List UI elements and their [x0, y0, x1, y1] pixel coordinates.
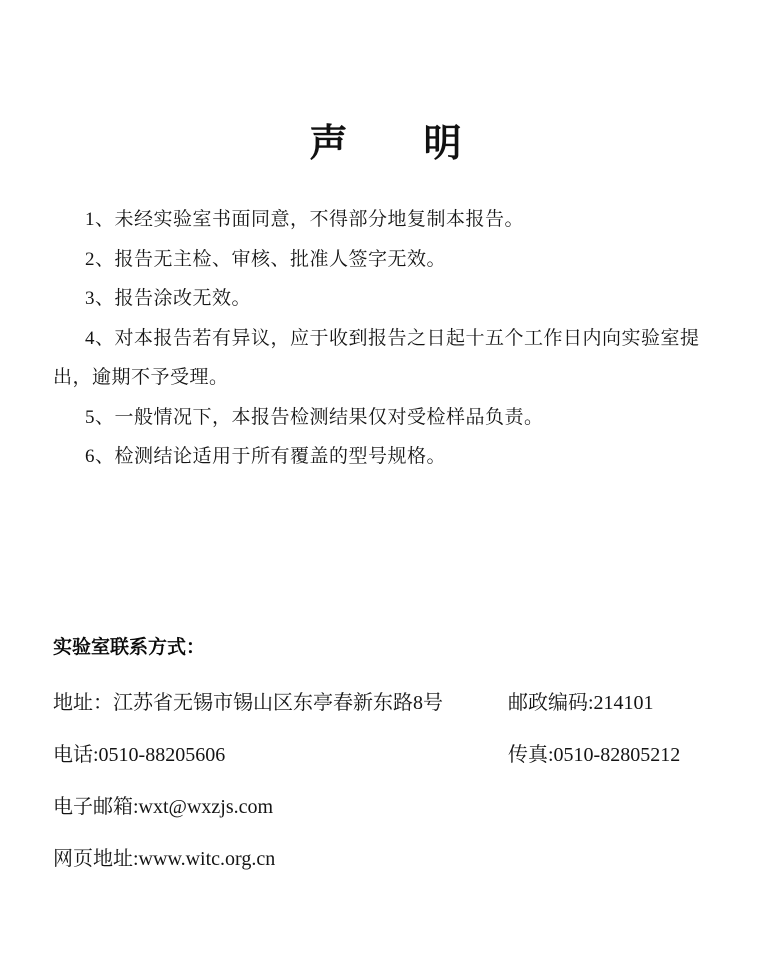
contact-fax: 传真:0510-82805212 — [508, 742, 734, 768]
statement-item-3: 3、报告涂改无效。 — [53, 279, 734, 319]
statement-item-5: 5、一般情况下，本报告检测结果仅对受检样品负责。 — [53, 398, 734, 438]
contact-row-email: 电子邮箱:wxt@wxzjs.com — [53, 794, 734, 820]
contact-heading: 实验室联系方式： — [53, 636, 734, 660]
document-page: 声 明 1、未经实验室书面同意，不得部分地复制本报告。 2、报告无主检、审核、批… — [0, 0, 771, 972]
contact-phone: 电话:0510-88205606 — [53, 742, 508, 768]
statements-section: 1、未经实验室书面同意，不得部分地复制本报告。 2、报告无主检、审核、批准人签字… — [53, 200, 734, 477]
statement-item-4: 4、对本报告若有异议，应于收到报告之日起十五个工作日内向实验室提出，逾期不予受理… — [53, 319, 734, 398]
contact-address: 地址：江苏省无锡市锡山区东亭春新东路8号 — [53, 690, 508, 716]
contact-row-phone: 电话:0510-88205606 传真:0510-82805212 — [53, 742, 734, 768]
statement-item-6: 6、检测结论适用于所有覆盖的型号规格。 — [53, 437, 734, 477]
contact-section: 实验室联系方式： 地址：江苏省无锡市锡山区东亭春新东路8号 邮政编码:21410… — [53, 636, 734, 898]
contact-row-address: 地址：江苏省无锡市锡山区东亭春新东路8号 邮政编码:214101 — [53, 690, 734, 716]
page-title: 声 明 — [0, 122, 771, 166]
contact-postal-code: 邮政编码:214101 — [508, 690, 734, 716]
contact-website: 网页地址:www.witc.org.cn — [53, 846, 508, 872]
contact-row-website: 网页地址:www.witc.org.cn — [53, 846, 734, 872]
contact-email: 电子邮箱:wxt@wxzjs.com — [53, 794, 508, 820]
statement-item-2: 2、报告无主检、审核、批准人签字无效。 — [53, 240, 734, 280]
statement-item-1: 1、未经实验室书面同意，不得部分地复制本报告。 — [53, 200, 734, 240]
